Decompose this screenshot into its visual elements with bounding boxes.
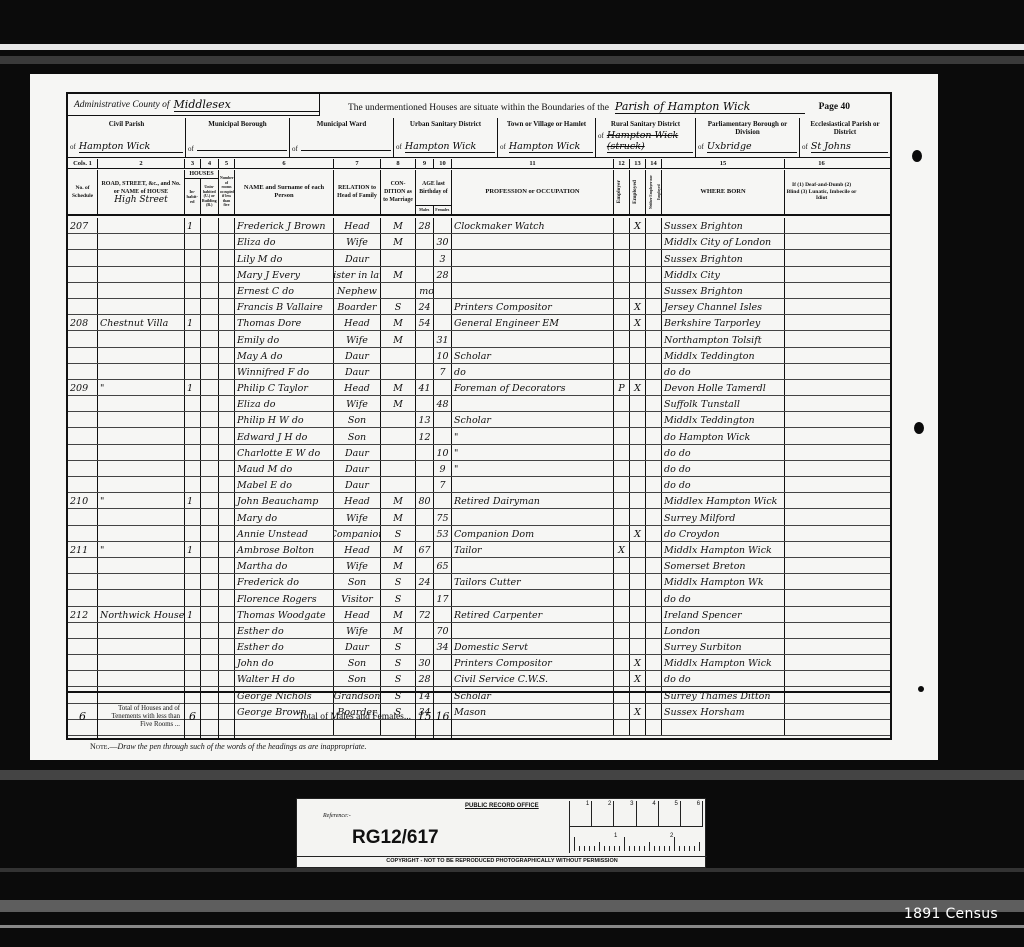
cell-neither xyxy=(646,623,662,638)
cell-condition: M xyxy=(381,234,416,249)
cell-occupation: Companion Dom xyxy=(452,526,614,541)
cell-neither xyxy=(646,477,662,492)
cell-inhabited xyxy=(185,526,201,541)
table-row: Eliza doWifeM48Suffolk Tunstall xyxy=(68,396,890,412)
cell-male_age: 28 xyxy=(416,671,434,686)
cell-neither xyxy=(646,445,662,460)
cell-relation: Head xyxy=(334,493,381,508)
cell-employed: X xyxy=(630,526,646,541)
cell-occupation: Retired Carpenter xyxy=(452,607,614,622)
cell-relation: Daur xyxy=(334,461,381,476)
cell-relation: Daur xyxy=(334,250,381,265)
cell-uninh xyxy=(201,331,219,346)
cell-employed xyxy=(630,461,646,476)
admin-county: Administrative County of Middlesex xyxy=(68,94,320,116)
cell-address xyxy=(98,331,185,346)
cell-uninh xyxy=(201,315,219,330)
cell-uninh xyxy=(201,445,219,460)
cell-employer xyxy=(614,250,630,265)
cell-relation: Head xyxy=(334,380,381,395)
cell-inf xyxy=(785,623,858,638)
cell-schedule xyxy=(68,509,98,524)
cell-employed: X xyxy=(630,218,646,233)
cell-where_born: do do xyxy=(662,590,785,605)
cell-rooms xyxy=(219,558,235,573)
cell-where_born: Middlx Hampton Wk xyxy=(662,574,785,589)
cell-condition xyxy=(381,477,416,492)
cell-inhabited xyxy=(185,412,201,427)
cell-inhabited xyxy=(185,299,201,314)
cell-relation: Son xyxy=(334,655,381,670)
cell-where_born: Surrey Surbiton xyxy=(662,639,785,654)
cell-relation: Wife xyxy=(334,396,381,411)
cell-employed: X xyxy=(630,299,646,314)
cell-employed xyxy=(630,574,646,589)
district-urban-sanitary: Urban Sanitary District ofHampton Wick xyxy=(394,118,498,157)
cell-inf xyxy=(785,428,858,443)
males-total: 15 xyxy=(418,710,432,723)
cell-male_age: 13 xyxy=(416,412,434,427)
cell-male_age xyxy=(416,267,434,282)
cell-schedule xyxy=(68,558,98,573)
cell-employer xyxy=(614,331,630,346)
cell-female_age: 65 xyxy=(434,558,452,573)
scan-band xyxy=(0,770,1024,780)
cell-inf xyxy=(785,331,858,346)
cell-where_born: do do xyxy=(662,477,785,492)
cell-address xyxy=(98,218,185,233)
cell-inhabited xyxy=(185,623,201,638)
header-employed: Employed xyxy=(630,170,646,214)
census-title-label: 1891 Census xyxy=(904,906,998,922)
cell-inhabited xyxy=(185,655,201,670)
boundaries-value: Parish of Hampton Wick xyxy=(615,100,805,114)
cell-relation: Wife xyxy=(334,331,381,346)
table-row: Maud M doDaur9"do do xyxy=(68,461,890,477)
table-row: Walter H doSonS28Civil Service C.W.S.Xdo… xyxy=(68,671,890,687)
cell-employer xyxy=(614,509,630,524)
table-row: Florence RogersVisitorS17do do xyxy=(68,590,890,606)
cell-employed xyxy=(630,283,646,298)
houses-total: 6 xyxy=(189,710,196,723)
cell-female_age: 10 xyxy=(434,348,452,363)
cell-uninh xyxy=(201,639,219,654)
cell-inf xyxy=(785,412,858,427)
cell-condition: S xyxy=(381,590,416,605)
cell-employer xyxy=(614,671,630,686)
cell-rooms xyxy=(219,509,235,524)
cell-neither xyxy=(646,671,662,686)
cell-neither xyxy=(646,558,662,573)
cell-inf xyxy=(785,526,858,541)
header-uninhabited: Unin-habited (U.) or Building (B.) xyxy=(201,179,218,214)
cell-employed xyxy=(630,412,646,427)
cell-female_age: 34 xyxy=(434,639,452,654)
cell-where_born: do do xyxy=(662,364,785,379)
cell-employer xyxy=(614,493,630,508)
cell-occupation xyxy=(452,331,614,346)
cell-rooms xyxy=(219,428,235,443)
cell-male_age xyxy=(416,250,434,265)
cell-uninh xyxy=(201,396,219,411)
cell-inhabited xyxy=(185,428,201,443)
cell-where_born: Middlx Teddington xyxy=(662,348,785,363)
cell-condition: M xyxy=(381,331,416,346)
cell-female_age xyxy=(434,671,452,686)
cell-female_age: 31 xyxy=(434,331,452,346)
cell-employed xyxy=(630,445,646,460)
cell-uninh xyxy=(201,509,219,524)
cell-female_age: 30 xyxy=(434,234,452,249)
cell-female_age xyxy=(434,299,452,314)
table-row: Mary doWifeM75Surrey Milford xyxy=(68,509,890,525)
cell-male_age xyxy=(416,623,434,638)
cell-relation: Sister in law xyxy=(334,267,381,282)
cell-where_born: Northampton Tolsift xyxy=(662,331,785,346)
cell-address: Northwick House xyxy=(98,607,185,622)
cell-where_born: Middlex Hampton Wick xyxy=(662,493,785,508)
cell-inf xyxy=(785,380,858,395)
cell-employer xyxy=(614,412,630,427)
scan-band xyxy=(0,44,1024,50)
cell-rooms xyxy=(219,445,235,460)
cell-employed xyxy=(630,396,646,411)
cell-condition xyxy=(381,250,416,265)
cell-neither xyxy=(646,574,662,589)
table-row: Esther doWifeM70London xyxy=(68,623,890,639)
cell-occupation xyxy=(452,590,614,605)
cell-where_born: Middlx City of London xyxy=(662,234,785,249)
cell-relation: Visitor xyxy=(334,590,381,605)
cell-name: Eliza do xyxy=(235,234,334,249)
punch-hole xyxy=(912,150,922,162)
cell-inf xyxy=(785,267,858,282)
cell-name: Walter H do xyxy=(235,671,334,686)
cell-inhabited xyxy=(185,348,201,363)
scale-ruler: 1 2 3 4 5 6 1 2 xyxy=(569,801,703,853)
cell-male_age xyxy=(416,558,434,573)
cell-relation: Daur xyxy=(334,364,381,379)
cell-inf xyxy=(785,671,858,686)
cell-female_age: 3 xyxy=(434,250,452,265)
table-row: Emily doWifeM31Northampton Tolsift xyxy=(68,331,890,347)
cell-employed xyxy=(630,477,646,492)
cell-uninh xyxy=(201,477,219,492)
cell-rooms xyxy=(219,267,235,282)
cell-where_born: Sussex Brighton xyxy=(662,283,785,298)
cell-where_born: Middlx Hampton Wick xyxy=(662,542,785,557)
table-row: Esther doDaurS34Domestic ServtSurrey Sur… xyxy=(68,639,890,655)
cell-male_age xyxy=(416,461,434,476)
cell-rooms xyxy=(219,493,235,508)
cell-male_age: 12 xyxy=(416,428,434,443)
cell-condition: S xyxy=(381,655,416,670)
census-form: Administrative County of Middlesex The u… xyxy=(66,92,892,740)
cell-relation: Boarder xyxy=(334,299,381,314)
cell-condition: M xyxy=(381,380,416,395)
cell-inf xyxy=(785,477,858,492)
boundaries-text: The undermentioned Houses are situate wi… xyxy=(348,103,609,113)
cell-condition: M xyxy=(381,493,416,508)
cell-name: Charlotte E W do xyxy=(235,445,334,460)
cell-inhabited xyxy=(185,331,201,346)
cell-inhabited xyxy=(185,509,201,524)
cell-relation: Head xyxy=(334,542,381,557)
header-condition: CON-DITION as to Marriage xyxy=(381,170,416,214)
cell-schedule xyxy=(68,267,98,282)
cell-employed xyxy=(630,542,646,557)
cell-where_born: Surrey Milford xyxy=(662,509,785,524)
cell-where_born: do do xyxy=(662,671,785,686)
header-relation: RELATION to Head of Family xyxy=(334,170,381,214)
scan-band xyxy=(0,56,1024,64)
cell-uninh xyxy=(201,461,219,476)
cell-name: Frederick do xyxy=(235,574,334,589)
cell-male_age xyxy=(416,348,434,363)
cell-rooms xyxy=(219,315,235,330)
cell-schedule xyxy=(68,234,98,249)
table-row: Francis B VallaireBoarderS24Printers Com… xyxy=(68,299,890,315)
cell-neither xyxy=(646,364,662,379)
header-houses: HOUSES In-habit-ed Unin-habited (U.) or … xyxy=(185,170,219,214)
cell-uninh xyxy=(201,590,219,605)
cell-schedule xyxy=(68,364,98,379)
cell-schedule: 209 xyxy=(68,380,98,395)
cell-inhabited: 1 xyxy=(185,493,201,508)
cell-address xyxy=(98,428,185,443)
totals-row: 6 Total of Houses and of Tenements with … xyxy=(68,691,890,740)
cell-neither xyxy=(646,218,662,233)
cell-schedule xyxy=(68,250,98,265)
cell-schedule xyxy=(68,412,98,427)
cell-neither xyxy=(646,655,662,670)
cell-employer xyxy=(614,590,630,605)
cell-neither xyxy=(646,639,662,654)
cell-neither xyxy=(646,315,662,330)
cell-male_age xyxy=(416,445,434,460)
cell-condition: S xyxy=(381,574,416,589)
cell-inhabited xyxy=(185,364,201,379)
cell-occupation xyxy=(452,558,614,573)
cell-inhabited xyxy=(185,445,201,460)
cell-male_age: 28 xyxy=(416,218,434,233)
cell-occupation: " xyxy=(452,445,614,460)
cell-occupation: Clockmaker Watch xyxy=(452,218,614,233)
cell-female_age xyxy=(434,412,452,427)
cell-uninh xyxy=(201,364,219,379)
cell-condition: M xyxy=(381,542,416,557)
cell-condition: M xyxy=(381,218,416,233)
cell-address xyxy=(98,655,185,670)
cell-condition: S xyxy=(381,639,416,654)
boundaries-line: The undermentioned Houses are situate wi… xyxy=(348,100,805,114)
cell-address xyxy=(98,526,185,541)
cell-schedule: 210 xyxy=(68,493,98,508)
cell-employer xyxy=(614,574,630,589)
cell-name: Philip C Taylor xyxy=(235,380,334,395)
header-age: AGE last Birthday of Males Females xyxy=(416,170,452,214)
table-row: 212Northwick House1Thomas WoodgateHeadM7… xyxy=(68,607,890,623)
cell-address: Chestnut Villa xyxy=(98,315,185,330)
cell-employer xyxy=(614,299,630,314)
houses-total-label: Total of Houses and of Tenements with le… xyxy=(98,693,185,740)
cell-address: " xyxy=(98,380,185,395)
cell-occupation: General Engineer EM xyxy=(452,315,614,330)
cell-inhabited xyxy=(185,250,201,265)
cell-occupation: Retired Dairyman xyxy=(452,493,614,508)
cell-occupation xyxy=(452,250,614,265)
cell-address xyxy=(98,299,185,314)
district-ecclesiastical: Ecclesiastical Parish or District ofSt J… xyxy=(800,118,890,157)
cell-uninh xyxy=(201,526,219,541)
cell-rooms xyxy=(219,412,235,427)
cell-male_age xyxy=(416,234,434,249)
punch-hole xyxy=(918,686,924,692)
cell-male_age: 67 xyxy=(416,542,434,557)
cell-occupation xyxy=(452,267,614,282)
cell-inf xyxy=(785,590,858,605)
cell-condition xyxy=(381,348,416,363)
column-headers: No. of Schedule ROAD, STREET, &c., and N… xyxy=(68,170,890,216)
cell-employer xyxy=(614,639,630,654)
cell-neither xyxy=(646,234,662,249)
cell-occupation: Tailors Cutter xyxy=(452,574,614,589)
header-occupation: PROFESSION or OCCUPATION xyxy=(452,170,614,214)
cell-male_age xyxy=(416,396,434,411)
cell-male_age: 24 xyxy=(416,299,434,314)
cell-inf xyxy=(785,283,858,298)
cell-neither xyxy=(646,542,662,557)
scan-band xyxy=(0,900,1024,912)
cell-schedule: 211 xyxy=(68,542,98,557)
cell-rooms xyxy=(219,542,235,557)
cell-where_born: Jersey Channel Isles xyxy=(662,299,785,314)
cell-name: Mabel E do xyxy=(235,477,334,492)
cell-relation: Companion xyxy=(334,526,381,541)
cell-address xyxy=(98,445,185,460)
cell-address xyxy=(98,477,185,492)
cell-name: Lily M do xyxy=(235,250,334,265)
cell-name: Martha do xyxy=(235,558,334,573)
table-row: 211"1Ambrose BoltonHeadM67TailorXMiddlx … xyxy=(68,542,890,558)
cell-relation: Nephew xyxy=(334,283,381,298)
cell-male_age xyxy=(416,331,434,346)
cell-rooms xyxy=(219,671,235,686)
cell-where_born: Sussex Brighton xyxy=(662,218,785,233)
cell-neither xyxy=(646,509,662,524)
scan-band xyxy=(0,868,1024,872)
cell-employed xyxy=(630,639,646,654)
district-civil-parish: Civil Parish ofHampton Wick xyxy=(68,118,186,157)
cell-neither xyxy=(646,299,662,314)
office-label: PUBLIC RECORD OFFICE xyxy=(465,803,539,809)
cell-schedule xyxy=(68,623,98,638)
cell-female_age xyxy=(434,428,452,443)
header-rooms: Number of rooms occupied if less than fi… xyxy=(219,170,235,214)
cell-condition: S xyxy=(381,299,416,314)
cell-schedule xyxy=(68,590,98,605)
cell-employer xyxy=(614,623,630,638)
cell-condition: M xyxy=(381,267,416,282)
cell-female_age: 7 xyxy=(434,477,452,492)
cell-where_born: Devon Holle Tamerdl xyxy=(662,380,785,395)
cell-name: John do xyxy=(235,655,334,670)
cell-employer xyxy=(614,267,630,282)
cell-employer xyxy=(614,315,630,330)
cell-inf xyxy=(785,445,858,460)
cell-address: " xyxy=(98,542,185,557)
cell-employed xyxy=(630,428,646,443)
cell-where_born: Suffolk Tunstall xyxy=(662,396,785,411)
district-municipal-ward: Municipal Ward of xyxy=(290,118,394,157)
cell-name: Florence Rogers xyxy=(235,590,334,605)
cell-occupation xyxy=(452,283,614,298)
cell-male_age xyxy=(416,477,434,492)
cell-employed xyxy=(630,364,646,379)
cell-neither xyxy=(646,348,662,363)
cell-condition: M xyxy=(381,558,416,573)
cell-inf xyxy=(785,364,858,379)
cell-relation: Daur xyxy=(334,348,381,363)
cell-rooms xyxy=(219,607,235,622)
cell-uninh xyxy=(201,607,219,622)
cell-rooms xyxy=(219,250,235,265)
cell-female_age: 10 xyxy=(434,445,452,460)
cell-male_age: 54 xyxy=(416,315,434,330)
table-row: Lily M doDaur3Sussex Brighton xyxy=(68,250,890,266)
cell-employer xyxy=(614,607,630,622)
header-name: NAME and Surname of each Person xyxy=(235,170,334,214)
cell-address xyxy=(98,250,185,265)
cell-uninh xyxy=(201,542,219,557)
cell-condition xyxy=(381,445,416,460)
table-row: Frederick doSonS24Tailors CutterMiddlx H… xyxy=(68,574,890,590)
cell-inhabited xyxy=(185,477,201,492)
cell-name: Mary do xyxy=(235,509,334,524)
header-inhabited: In-habit-ed xyxy=(185,179,201,214)
cell-neither xyxy=(646,396,662,411)
cell-employed xyxy=(630,590,646,605)
cell-occupation: Tailor xyxy=(452,542,614,557)
cell-condition xyxy=(381,461,416,476)
cell-employer xyxy=(614,477,630,492)
cell-occupation: Printers Compositor xyxy=(452,655,614,670)
cell-male_age xyxy=(416,526,434,541)
cell-uninh xyxy=(201,348,219,363)
cell-condition: M xyxy=(381,396,416,411)
cell-female_age: 17 xyxy=(434,590,452,605)
cell-rooms xyxy=(219,396,235,411)
cell-where_born: Middlx Hampton Wick xyxy=(662,655,785,670)
copyright-notice: COPYRIGHT - NOT TO BE REPRODUCED PHOTOGR… xyxy=(297,856,707,864)
header-schedule: No. of Schedule xyxy=(68,170,98,214)
cell-female_age: 7 xyxy=(434,364,452,379)
cell-address xyxy=(98,558,185,573)
cell-rooms xyxy=(219,639,235,654)
cell-where_born: London xyxy=(662,623,785,638)
cell-inhabited xyxy=(185,396,201,411)
cell-name: Thomas Dore xyxy=(235,315,334,330)
cell-inf xyxy=(785,461,858,476)
cell-occupation: Printers Compositor xyxy=(452,299,614,314)
cell-female_age xyxy=(434,542,452,557)
cell-schedule xyxy=(68,461,98,476)
column-numbers: Cols. 1 2 3 4 5 6 7 8 9 10 11 12 13 14 1… xyxy=(68,159,890,169)
cell-neither xyxy=(646,412,662,427)
cell-name: Winnifred F do xyxy=(235,364,334,379)
cell-schedule xyxy=(68,348,98,363)
cell-employed xyxy=(630,250,646,265)
